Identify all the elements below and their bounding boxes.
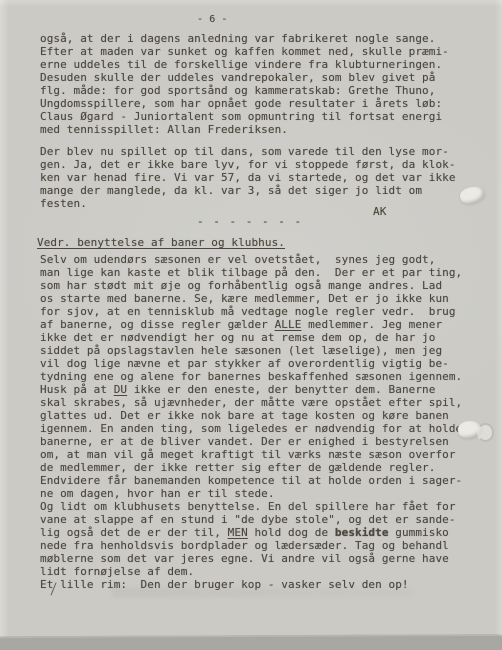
text-line: også, at der i dagens anledning var fabr… <box>40 32 502 45</box>
text-line: lidt fornøjelse af dem. <box>40 565 502 578</box>
text-line: gen. Ja, det er ikke bare lyv, for vi st… <box>40 158 502 171</box>
text-line: Selv om udendørs sæsonen er vel ovetståe… <box>40 253 502 266</box>
text-line: ikke det er nødvendigt her og nu at rems… <box>40 331 502 344</box>
text-line: Husk på at DU ikke er den eneste, der be… <box>40 383 502 396</box>
signature-initials: AK <box>373 207 502 217</box>
text-line: erne uddeles til de forskellige vindere … <box>40 58 502 71</box>
paragraph-rules: Selv om udendørs sæsonen er vel ovetståe… <box>40 253 502 591</box>
text-line: for sjov, at en tennisklub må vedtage no… <box>40 305 502 318</box>
text-line: Desuden skulle der uddeles vandrepokaler… <box>40 71 502 84</box>
text-line: tydning ene og alene for banernes beskaf… <box>40 370 502 383</box>
text-line: af banerne, og disse regler gælder ALLE … <box>40 318 502 331</box>
page-bottom-edge <box>0 634 502 650</box>
text-line: om, at man vil gå meget kraftigt til vær… <box>40 448 502 461</box>
dashed-separator: - - - - - - - <box>197 217 502 227</box>
text-line: Og lidt om klubhusets benyttelse. En del… <box>40 500 502 513</box>
text-line: de medlemmer, der ikke retter sig efter … <box>40 461 502 474</box>
text-line: ken var henad fire. Vi var 57, da vi sta… <box>40 171 502 184</box>
text-line: ne om dagen, hvor han er til stede. <box>40 487 502 500</box>
page-number: - 6 - <box>197 14 502 25</box>
text-line: med tennisspillet: Allan Frederiksen. <box>40 123 502 136</box>
text-line: Efter at maden var sunket og kaffen komm… <box>40 45 502 58</box>
text-line: skal skrabes, så ujævnheder, der måtte v… <box>40 396 502 409</box>
text-line: som har stødt mit øje og forhåbentlig og… <box>40 279 502 292</box>
text-line: vil dog lige nævne et par stykker af ove… <box>40 357 502 370</box>
text-line: møblerne som det var jeres egne. Vi andr… <box>40 552 502 565</box>
text-line: os starte med banerne. Se, kære medlemme… <box>40 292 502 305</box>
paper-blemish-2-ring <box>477 423 494 442</box>
text-line: igennem. En anden ting, som ligeledes er… <box>40 422 502 435</box>
text-line: banerne, er at de bliver vandet. Der er … <box>40 435 502 448</box>
text-line: Der blev nu spillet op til dans, som var… <box>40 145 502 158</box>
text-line: nede fra henholdsvis bordplader og læder… <box>40 539 502 552</box>
text-line: siddet på opslagstavlen hele sæsonen (le… <box>40 344 502 357</box>
text-line: lig også det de er der til, MEN hold dog… <box>40 526 502 539</box>
section-heading: Vedr. benyttelse af baner og klubhus. <box>37 236 502 249</box>
ghost-smudge <box>112 588 412 597</box>
text-line: glattes ud. Det er ikke nok bare at tage… <box>40 409 502 422</box>
paragraph-party: Der blev nu spillet op til dans, som var… <box>40 145 502 210</box>
text-line: vane at slappe af en stund i "de dybe st… <box>40 513 502 526</box>
text-line: Claus Øgard - Juniortalent som opmuntrin… <box>40 110 502 123</box>
text-line: mange der manglede, da kl. var 3, så det… <box>40 184 502 197</box>
paragraph-awards: også, at der i dagens anledning var fabr… <box>40 32 502 136</box>
text-line: flg. måde: for god sportsånd og kammerat… <box>40 84 502 97</box>
scanned-page: - 6 - også, at der i dagens anledning va… <box>0 0 502 650</box>
text-line: Ungdomsspillere, som har opnået gode res… <box>40 97 502 110</box>
text-line: man lige kan kaste et blik tilbage på de… <box>40 266 502 279</box>
text-line: Endvidere får banemanden kompetence til … <box>40 474 502 487</box>
